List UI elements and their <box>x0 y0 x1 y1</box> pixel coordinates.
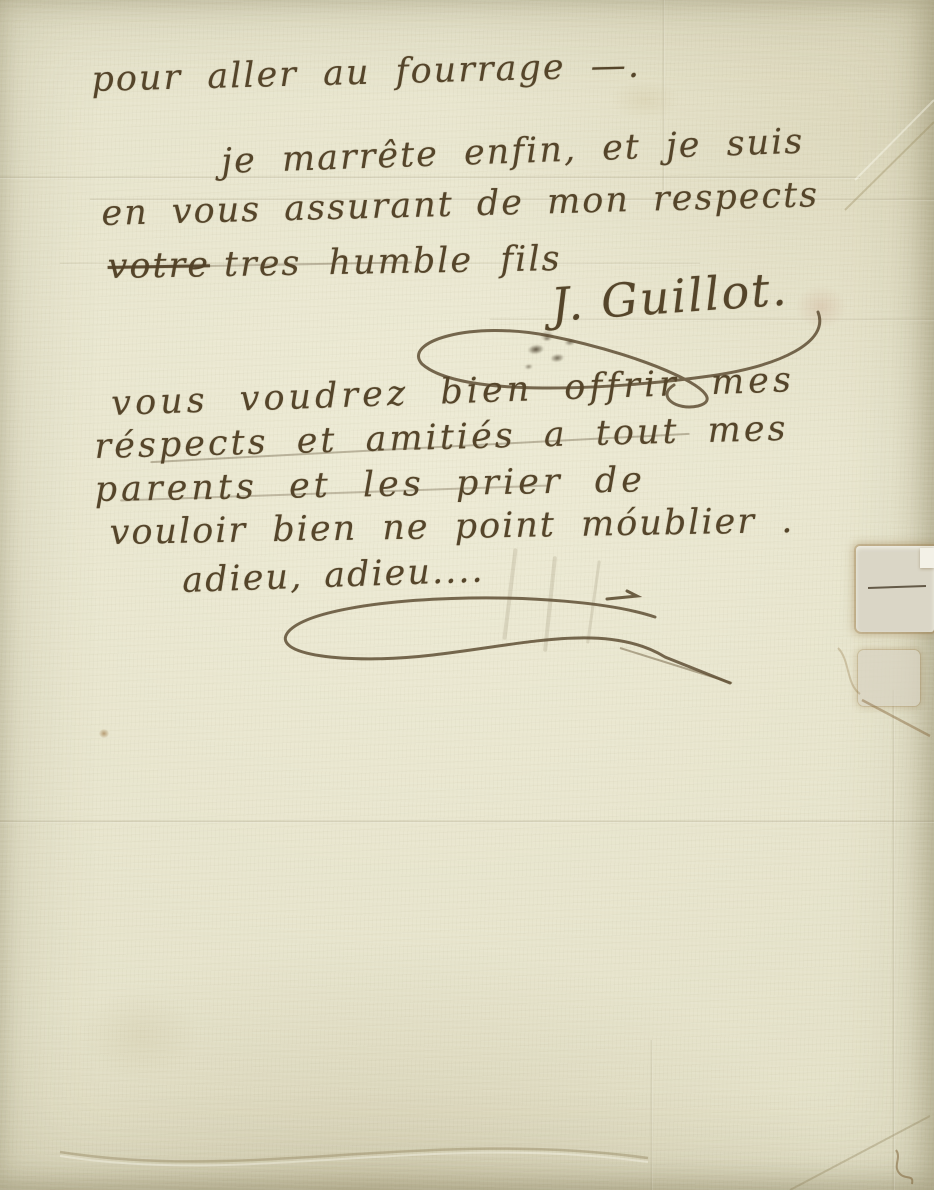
letter-line-farewell: adieu, adieu.... <box>182 550 485 601</box>
torn-edge-white-fragment <box>920 548 934 568</box>
showthrough-mark <box>502 548 517 640</box>
farewell-flourish <box>255 585 735 715</box>
stain <box>795 285 847 329</box>
stain <box>99 729 109 738</box>
letter-line-p2-3: parents et les prier de <box>94 460 646 510</box>
main-fold-crease <box>0 820 934 823</box>
torn-edge-outline <box>820 640 934 750</box>
struck-word: votre <box>107 245 210 287</box>
letter-line-p2-4: vouloir bien ne point móublier . <box>109 501 794 553</box>
torn-edge-patch <box>856 546 934 632</box>
letter-line-valediction: votretres humble fils <box>107 239 562 287</box>
letter-line-p1-2: en vous assurant de mon respects <box>101 175 820 234</box>
letter-line-opening: pour aller au fourrage —. <box>91 46 641 100</box>
letter-line-p1-1: je marrête enfin, et je suis <box>221 122 805 182</box>
patch-ink-line <box>868 585 926 589</box>
stain <box>80 990 200 1080</box>
ink-speck <box>540 330 554 342</box>
signature: J. Guillot. <box>549 262 790 332</box>
valediction-text: tres humble fils <box>224 239 562 285</box>
letter-page: pour aller au fourrage —. je marrête enf… <box>0 0 934 1190</box>
crease-line <box>650 1040 653 1190</box>
right-fold-crease <box>892 690 895 1190</box>
torn-edge-lower-flap <box>858 650 920 706</box>
showthrough-mark <box>586 560 601 644</box>
showthrough-mark <box>543 556 557 652</box>
